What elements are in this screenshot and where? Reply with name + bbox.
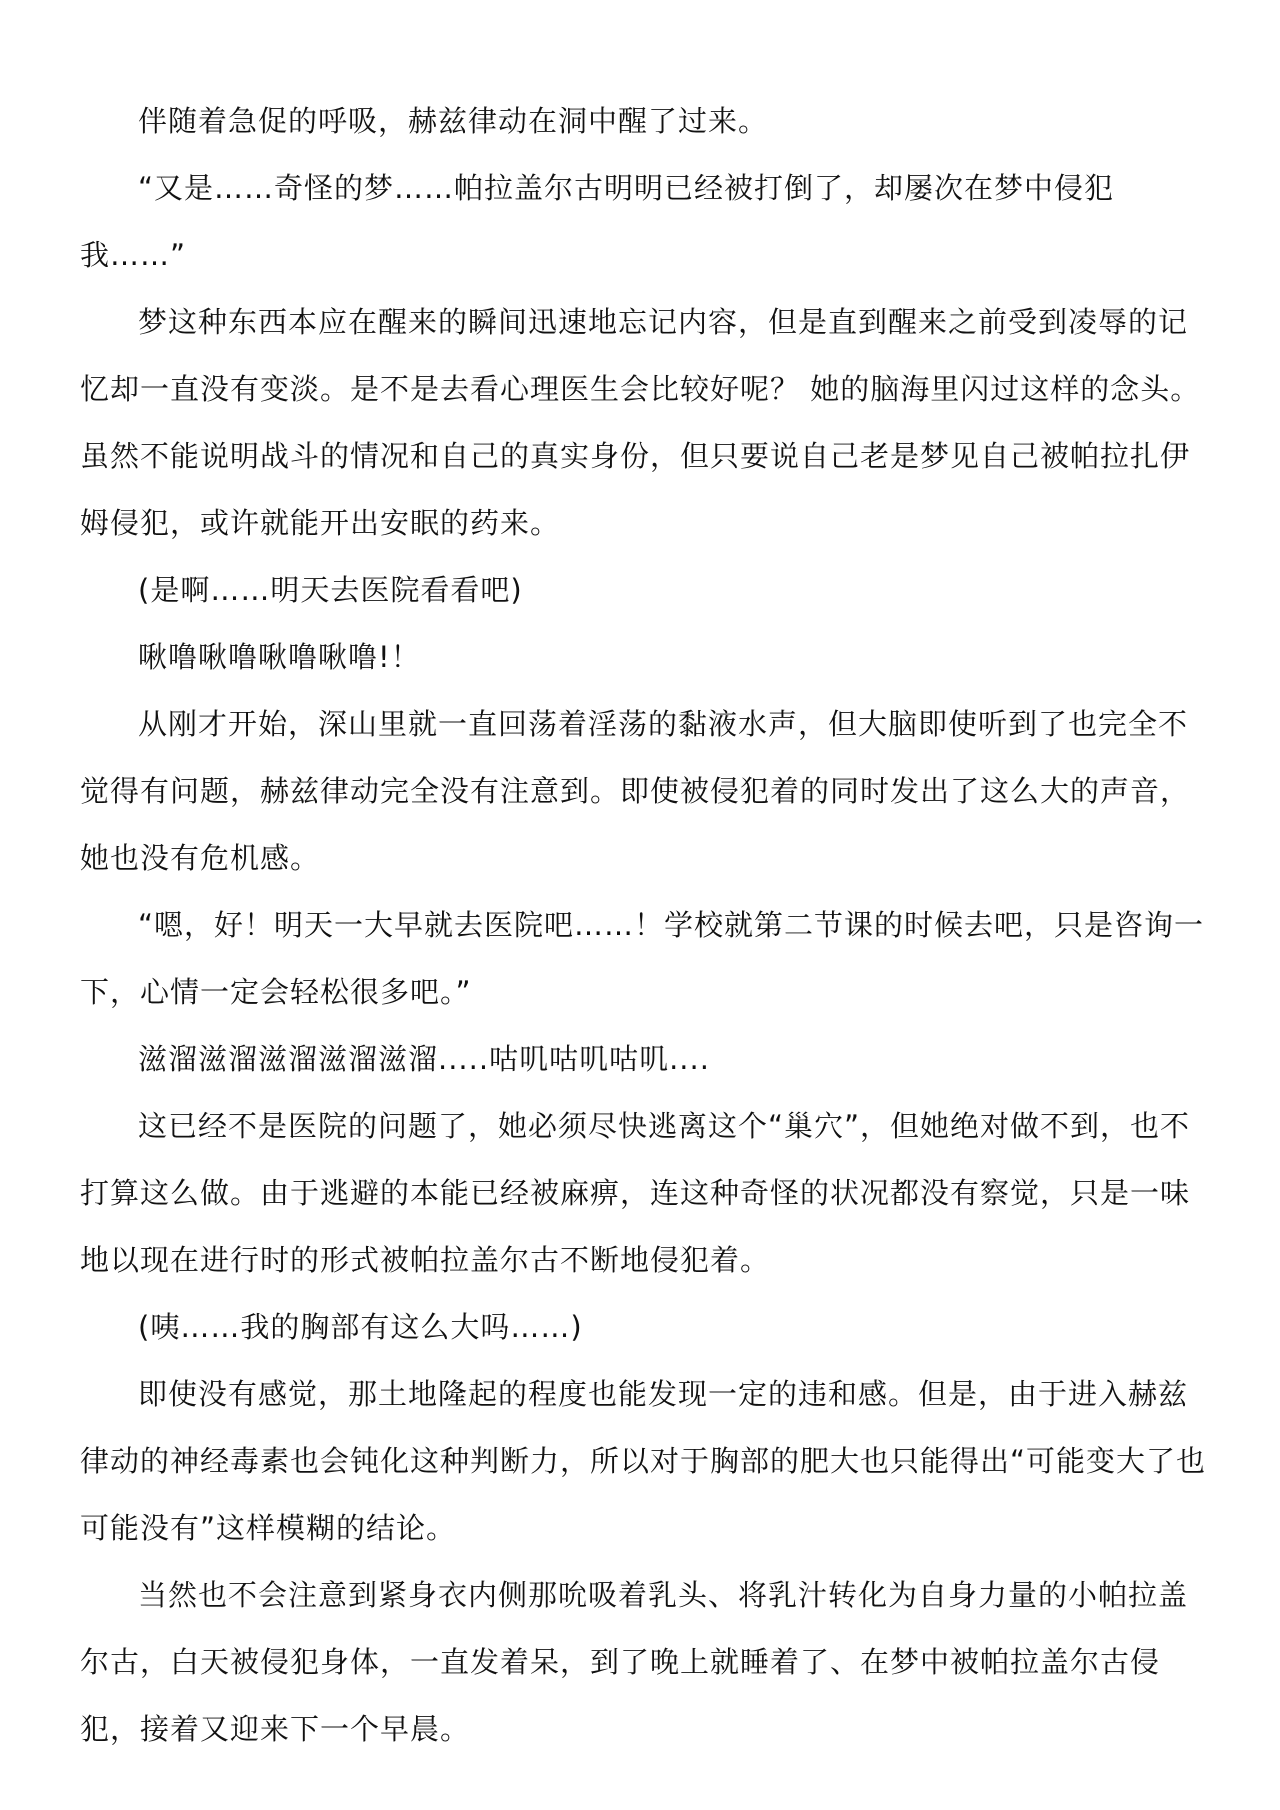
paragraph: “嗯，好！明天一大早就去医院吧……！学校就第二节课的时候去吧，只是咨询一下，心情…	[80, 892, 1210, 1026]
paragraph: 啾噜啾噜啾噜啾噜!！	[80, 624, 1210, 691]
paragraph: 即使没有感觉，那土地隆起的程度也能发现一定的违和感。但是，由于进入赫兹律动的神经…	[80, 1361, 1210, 1562]
paragraph: 当然也不会注意到紧身衣内侧那吮吸着乳头、将乳汁转化为自身力量的小帕拉盖尔古，白天…	[80, 1562, 1210, 1763]
paragraph: 这已经不是医院的问题了，她必须尽快逃离这个“巢穴”，但她绝对做不到，也不打算这么…	[80, 1093, 1210, 1294]
paragraph: 伴随着急促的呼吸，赫兹律动在洞中醒了过来。	[80, 88, 1210, 155]
paragraph: 梦这种东西本应在醒来的瞬间迅速地忘记内容，但是直到醒来之前受到凌辱的记忆却一直没…	[80, 289, 1210, 557]
paragraph: (是啊……明天去医院看看吧)	[80, 557, 1210, 624]
paragraph: “又是……奇怪的梦……帕拉盖尔古明明已经被打倒了，却屡次在梦中侵犯我……”	[80, 155, 1210, 289]
paragraph: 滋溜滋溜滋溜滋溜滋溜.....咕叽咕叽咕叽....	[80, 1026, 1210, 1093]
paragraph: 从刚才开始，深山里就一直回荡着淫荡的黏液水声，但大脑即使听到了也完全不觉得有问题…	[80, 691, 1210, 892]
document-page: 伴随着急促的呼吸，赫兹律动在洞中醒了过来。 “又是……奇怪的梦……帕拉盖尔古明明…	[80, 0, 1210, 1763]
paragraph: (咦……我的胸部有这么大吗……)	[80, 1294, 1210, 1361]
